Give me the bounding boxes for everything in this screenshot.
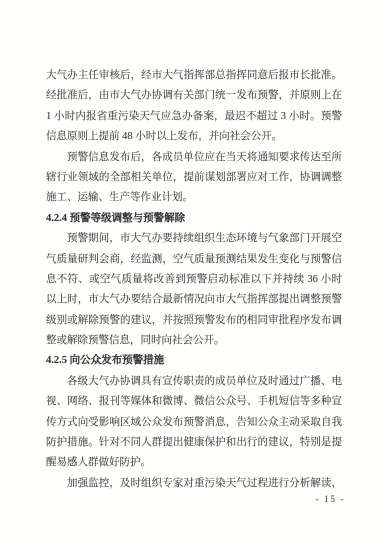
text-line: 预警期间，市大气办要持续组织生态环境与气象部门开展空 (46, 229, 342, 249)
text-line: 醒易感人群做好防护。 (46, 453, 342, 473)
text-line: 大气办主任审核后，经市大气指挥部总指挥同意后报市长批准。 (46, 66, 342, 86)
text-line: 防护措施。针对不同人群提出健康保护和出行的建议，特别是提 (46, 433, 342, 453)
document-body: 大气办主任审核后，经市大气指挥部总指挥同意后报市长批准。经批准后，由市大气办协调… (46, 66, 342, 494)
text-line: 1 小时内报省重污染天气应急办备案，最迟不超过 3 小时。预警 (46, 107, 342, 127)
text-line: 以上时，市大气办要结合最新情况向市大气指挥部提出调整预警 (46, 290, 342, 310)
text-line: 预警信息发布后，各成员单位应在当天将通知要求传达至所 (46, 148, 342, 168)
text-line: 视、网络、报刊等媒体和微博、微信公众号、手机短信等多种宣 (46, 392, 342, 412)
text-line: 气质量研判会商，经监测，空气质量预测结果发生变化与预警信 (46, 250, 342, 270)
text-line: 经批准后，由市大气办协调有关部门统一发布预警，并原则上在 (46, 86, 342, 106)
text-line: 施工、运输、生产等作业计划。 (46, 188, 342, 208)
text-line: 传方式向受影响区域公众发布预警消息，告知公众主动采取自我 (46, 413, 342, 433)
text-line: 级别或解除预警的建议，并按照预警发布的相同审批程序发布调 (46, 311, 342, 331)
document-page: 大气办主任审核后，经市大气指挥部总指挥同意后报市长批准。经批准后，由市大气办协调… (0, 0, 390, 551)
section-heading: 4.2.4 预警等级调整与预警解除 (46, 209, 342, 229)
text-line: 息不符、或空气质量将改善到预警启动标准以下并持续 36 小时 (46, 270, 342, 290)
text-line: 各级大气办协调具有宣传职责的成员单位及时通过广播、电 (46, 372, 342, 392)
text-line: 加强监控，及时组织专家对重污染天气过程进行分析解读， (46, 474, 342, 494)
text-line: 信息原则上提前 48 小时以上发布，并向社会公开。 (46, 127, 342, 147)
text-line: 整或解除预警信息，同时向社会公开。 (46, 331, 342, 351)
page-number: - 15 - (315, 494, 345, 506)
text-line: 辖行业领域的全部相关单位，提前谋划部署应对工作，协调调整 (46, 168, 342, 188)
section-heading: 4.2.5 向公众发布预警措施 (46, 351, 342, 371)
